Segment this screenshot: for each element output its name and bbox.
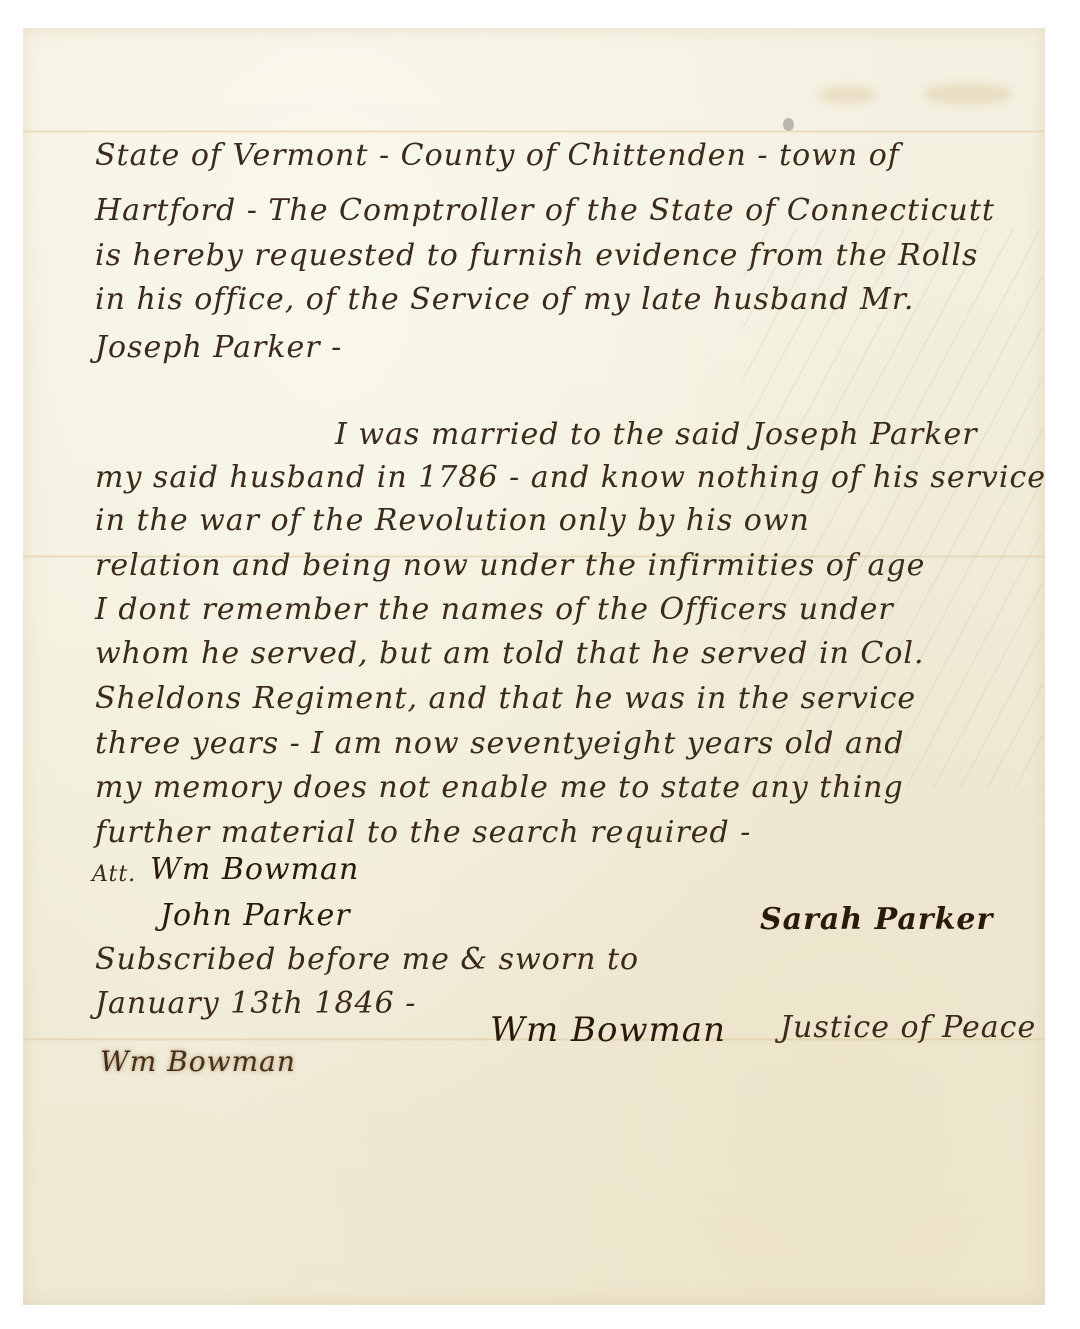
stain — [923, 83, 1013, 105]
body-line-8: in the war of the Revolution only by his… — [95, 503, 810, 538]
witness-signature-2: John Parker — [160, 898, 351, 933]
body-line-9: relation and being now under the infirmi… — [95, 548, 925, 583]
body-line-5: Joseph Parker - — [95, 330, 342, 365]
body-line-2: Hartford - The Comptroller of the State … — [95, 193, 995, 228]
witness-signature-1: Wm Bowman — [150, 852, 359, 887]
body-line-13: three years - I am now seventyeight year… — [95, 726, 904, 761]
body-line-14: my memory does not enable me to state an… — [95, 770, 904, 805]
official-signature: Wm Bowman — [490, 1010, 726, 1050]
official-title: Justice of Peace — [780, 1010, 1036, 1045]
stain — [818, 86, 878, 104]
extra-signature-smudged: Wm Bowman — [100, 1045, 296, 1078]
signer-signature: Sarah Parker — [760, 902, 993, 937]
attestation-prefix: Att. — [92, 862, 136, 887]
fold-line — [23, 130, 1045, 133]
body-line-4: in his office, of the Service of my late… — [95, 282, 914, 317]
body-line-11: whom he served, but am told that he serv… — [95, 636, 925, 671]
body-line-15: further material to the search required … — [95, 815, 751, 850]
ink-spot — [783, 118, 794, 131]
jurat-line: Subscribed before me & sworn to — [95, 942, 639, 977]
body-line-12: Sheldons Regiment, and that he was in th… — [95, 681, 916, 716]
body-line-3: is hereby requested to furnish evidence … — [95, 238, 978, 273]
body-line-6: I was married to the said Joseph Parker — [335, 417, 978, 452]
body-line-1: State of Vermont - County of Chittenden … — [95, 138, 900, 173]
body-line-7: my said husband in 1786 - and know nothi… — [95, 460, 1046, 495]
jurat-date: January 13th 1846 - — [95, 986, 416, 1021]
body-line-10: I dont remember the names of the Officer… — [95, 592, 894, 627]
